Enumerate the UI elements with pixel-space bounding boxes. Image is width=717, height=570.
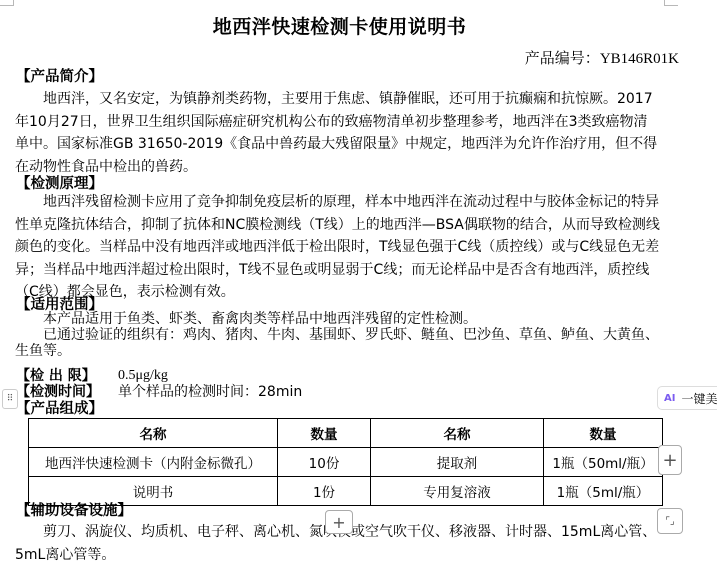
- add-column-button[interactable]: +: [658, 445, 682, 475]
- table-cell[interactable]: 1瓶（50ml/瓶）: [544, 448, 663, 477]
- expand-icon: ⌜⌟: [665, 516, 674, 527]
- table-row: 说明书 1份 专用复溶液 1瓶（5ml/瓶）: [29, 477, 663, 506]
- table-cell[interactable]: 1瓶（5ml/瓶）: [544, 477, 663, 506]
- principle-paragraph: 地西泮残留检测卡应用了竞争抑制免疫层析的原理，样本中地西泮在流动过程中与胶体金标…: [15, 191, 660, 304]
- plus-icon: +: [332, 513, 345, 532]
- intro-paragraph: 地西泮，又名安定，为镇静剂类药物，主要用于焦虑、镇静催眠，还可用于抗癫痫和抗惊厥…: [15, 88, 660, 178]
- table-cell[interactable]: 说明书: [29, 477, 278, 506]
- col-header-qty: 数量: [544, 419, 663, 448]
- lod-value: 0.5μg/kg: [118, 368, 168, 384]
- table-cell[interactable]: 1份: [278, 477, 371, 506]
- time-label: 【检测时间】: [16, 384, 118, 400]
- heading-intro: 【产品简介】: [16, 68, 103, 86]
- table-cell[interactable]: 专用复溶液: [371, 477, 544, 506]
- scope-line-2: 已通过验证的组织有：鸡肉、猪肉、牛肉、基围虾、罗氏虾、鲢鱼、巴沙鱼、草鱼、鲈鱼、…: [15, 327, 660, 359]
- composition-table: 名称 数量 名称 数量 地西泮快速检测卡（内附金标微孔） 10份 提取剂 1瓶（…: [28, 418, 663, 506]
- table-cell[interactable]: 10份: [278, 448, 371, 477]
- plus-icon: +: [662, 450, 677, 471]
- expand-table-button[interactable]: ⌜⌟: [657, 508, 683, 534]
- drag-handle-icon[interactable]: ⠿: [2, 389, 18, 409]
- ai-icon: AI: [664, 393, 675, 404]
- heading-composition: 【产品组成】: [16, 400, 103, 418]
- lod-label: 【检 出 限】: [16, 368, 118, 384]
- document-title: 地西泮快速检测卡使用说明书: [12, 12, 667, 39]
- scope-line-1: 本产品适用于鱼类、虾类、畜禽肉类等样品中地西泮残留的定性检测。: [15, 311, 660, 327]
- product-number: 产品编号：YB146R01K: [525, 47, 679, 68]
- table-header-row: 名称 数量 名称 数量: [29, 419, 663, 448]
- add-row-button[interactable]: +: [325, 510, 353, 534]
- col-header-name: 名称: [371, 419, 544, 448]
- col-header-qty: 数量: [278, 419, 371, 448]
- ai-beautify-label: 一键美: [681, 390, 717, 407]
- col-header-name: 名称: [29, 419, 278, 448]
- lod-row: 【检 出 限】 0.5μg/kg: [16, 368, 168, 384]
- table-row: 地西泮快速检测卡（内附金标微孔） 10份 提取剂 1瓶（50ml/瓶）: [29, 448, 663, 477]
- table-cell[interactable]: 地西泮快速检测卡（内附金标微孔）: [29, 448, 278, 477]
- table-cell[interactable]: 提取剂: [371, 448, 544, 477]
- time-value: 单个样品的检测时间：28min: [118, 384, 302, 400]
- page-corner-mark: [664, 0, 678, 6]
- page-corner-mark: [0, 0, 14, 6]
- ai-beautify-button[interactable]: AI 一键美: [657, 386, 717, 410]
- time-row: 【检测时间】 单个样品的检测时间：28min: [16, 384, 302, 400]
